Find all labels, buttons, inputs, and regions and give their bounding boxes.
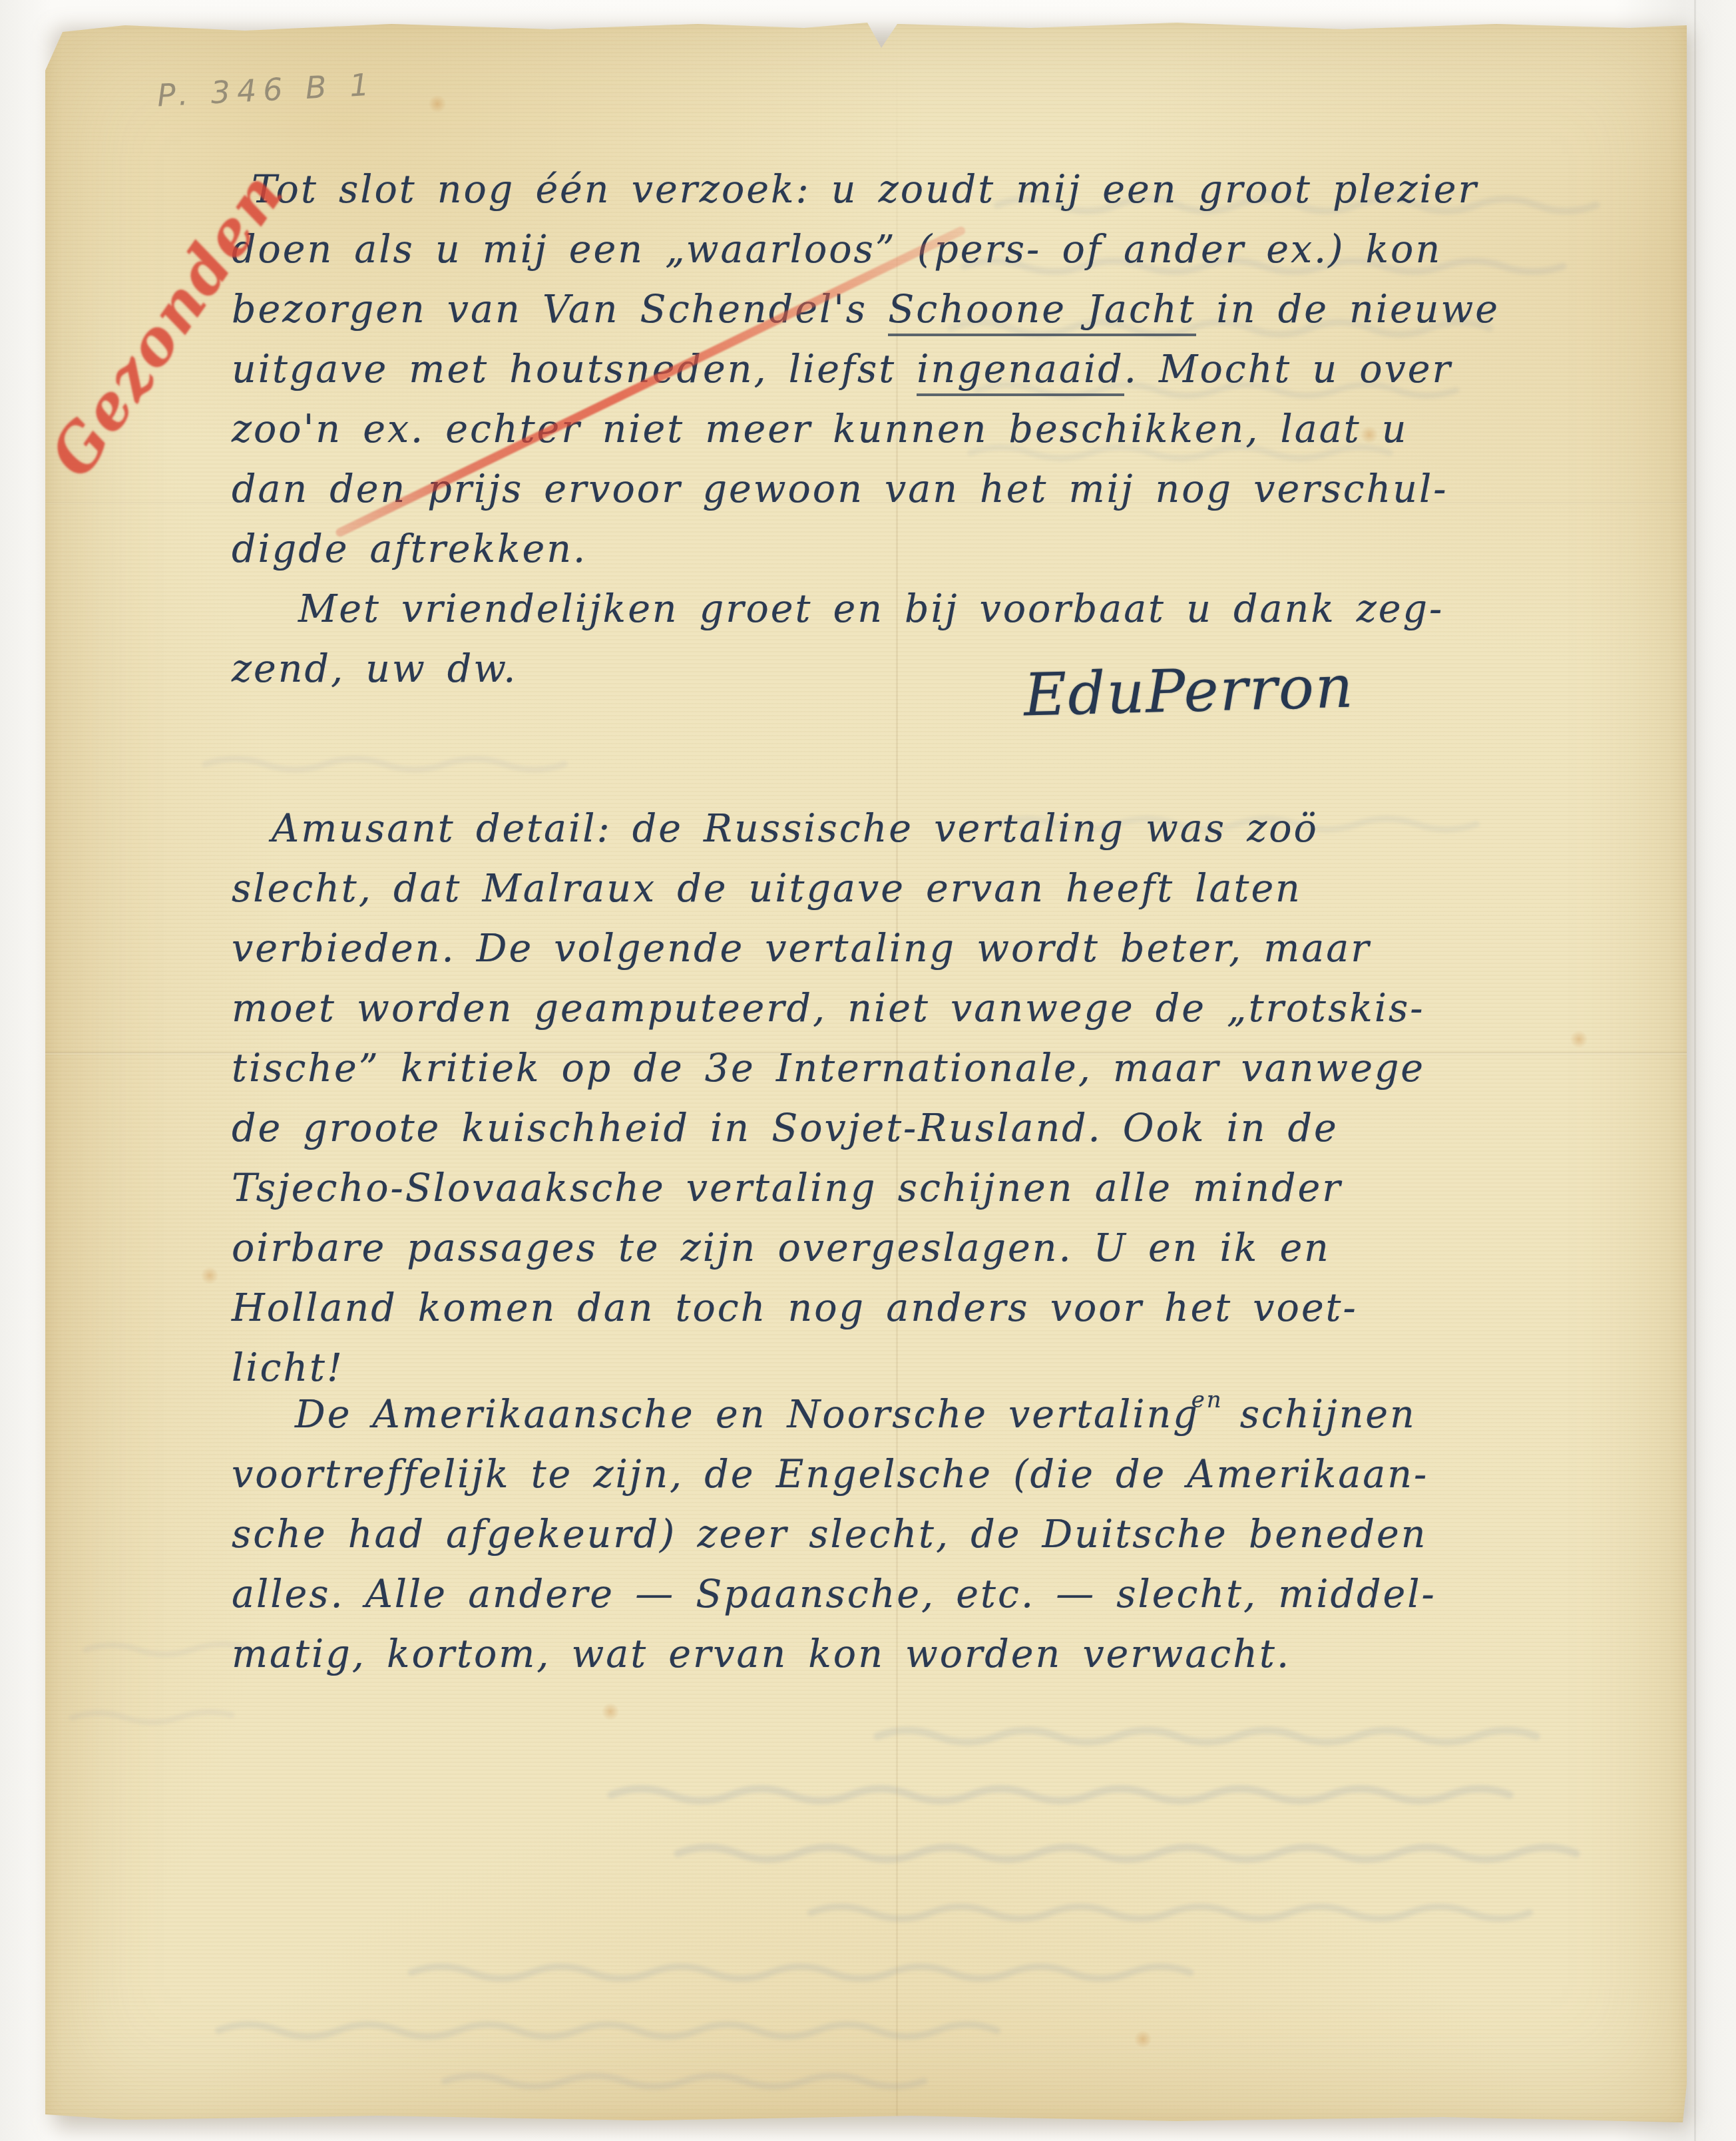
- underlined-word: ingenaaid: [917, 348, 1124, 396]
- letter-line: zoo'n ex. echter niet meer kunnen beschi…: [232, 399, 1500, 459]
- letter-line: Amusant detail: de Russische vertaling w…: [272, 799, 1425, 859]
- line-text: De Amerikaansche en Noorsche vertaling: [295, 1393, 1199, 1437]
- letter-line: verbieden. De volgende vertaling wordt b…: [232, 919, 1425, 979]
- letter-line: matig, kortom, wat ervan kon worden verw…: [232, 1624, 1436, 1684]
- letter-line: voortreffelijk te zijn, de Engelsche (di…: [232, 1445, 1436, 1505]
- letter-line: Tsjecho-Slovaaksche vertaling schijnen a…: [232, 1158, 1425, 1218]
- foxing-spot: [200, 1267, 219, 1284]
- letter-line: digde aftrekken.: [232, 519, 1500, 579]
- foxing-spot: [1134, 2030, 1152, 2048]
- line-text: schijnen: [1219, 1393, 1416, 1437]
- scan-background: P. 346 B 1 Gezonden Tot slot nog één ver…: [0, 0, 1736, 2141]
- line-text: . Mocht u over: [1124, 348, 1452, 391]
- foxing-spot: [601, 1703, 620, 1720]
- scanner-edge-line: [1694, 0, 1696, 2141]
- letter-line: Met vriendelijken groet en bij voorbaat …: [298, 579, 1500, 639]
- amusant-detail-paragraph: Amusant detail: de Russische vertaling w…: [232, 799, 1425, 1398]
- letter-line: alles. Alle andere — Spaansche, etc. — s…: [232, 1564, 1436, 1624]
- line-text: uitgave met houtsneden, liefst: [232, 348, 917, 391]
- letter-line: uitgave met houtsneden, liefst ingenaaid…: [232, 340, 1500, 399]
- letter-line: moet worden geamputeerd, niet vanwege de…: [232, 979, 1425, 1039]
- foxing-spot: [1570, 1031, 1588, 1048]
- letter-line: slecht, dat Malraux de uitgave ervan hee…: [232, 859, 1425, 919]
- letter-line: De Amerikaansche en Noorsche vertalingen…: [295, 1385, 1436, 1445]
- letter-page: P. 346 B 1 Gezonden Tot slot nog één ver…: [45, 19, 1687, 2122]
- letter-line: sche had afgekeurd) zeer slecht, de Duit…: [232, 1505, 1436, 1564]
- letter-line: tische” kritiek op de 3e Internationale,…: [232, 1039, 1425, 1098]
- letter-line: bezorgen van Van Schendel's Schoone Jach…: [232, 280, 1500, 340]
- underlined-book-title: Schoone Jacht: [888, 288, 1195, 336]
- line-text: in de nieuwe: [1196, 288, 1500, 332]
- translations-paragraph: De Amerikaansche en Noorsche vertalingen…: [232, 1385, 1436, 1684]
- letter-line: doen als u mij een „waarloos” (pers- of …: [232, 220, 1500, 280]
- foxing-spot: [428, 95, 447, 113]
- request-paragraph: Tot slot nog één verzoek: u zoudt mij ee…: [232, 160, 1500, 699]
- letter-line: oirbare passages te zijn overgeslagen. U…: [232, 1218, 1425, 1278]
- letter-line: de groote kuischheid in Sovjet-Rusland. …: [232, 1098, 1425, 1158]
- signature: EduPerron: [1023, 652, 1355, 730]
- letter-line: Holland komen dan toch nog anders voor h…: [232, 1278, 1425, 1338]
- letter-line: Tot slot nog één verzoek: u zoudt mij ee…: [252, 160, 1500, 220]
